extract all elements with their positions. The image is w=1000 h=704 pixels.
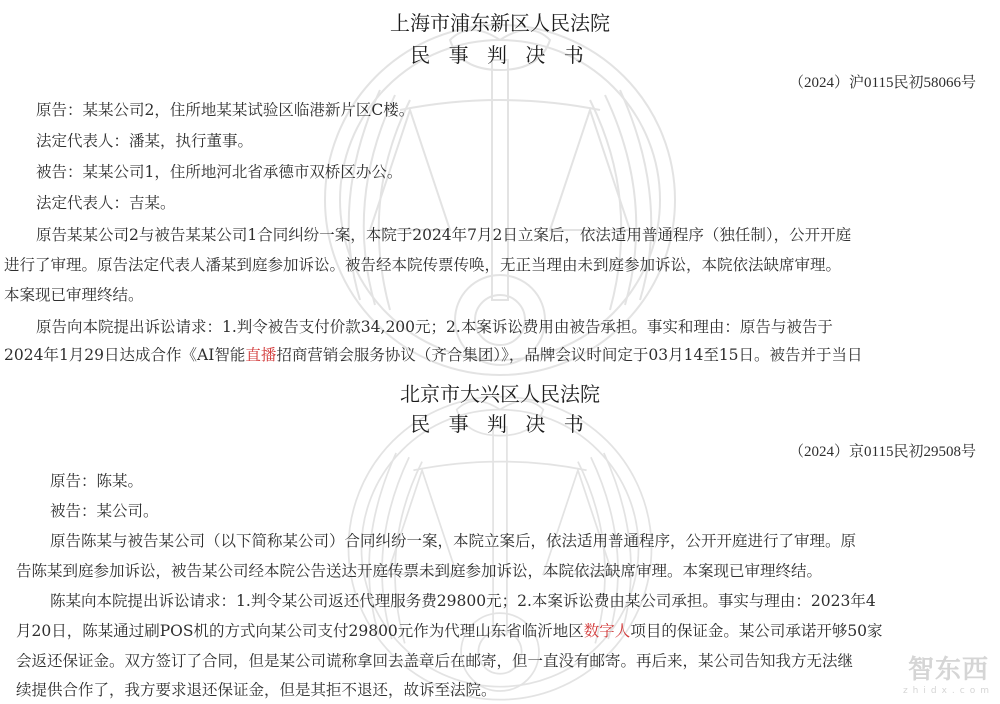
claims-line-1: 陈某向本院提出诉讼请求：1.判令某公司返还代理服务费29800元；2.本案诉讼费… [50, 591, 876, 611]
case-summary-line-3: 本案现已审理终结。 [4, 285, 144, 305]
case-summary-line-2: 告陈某到庭参加诉讼，被告某公司经本院公告送达开庭传票未到庭参加诉讼，本院依法缺席… [16, 561, 822, 581]
zhidx-watermark: 智东西 zhidx.com [903, 649, 994, 696]
case-number: （2024）京0115民初29508号 [789, 440, 976, 461]
highlight-livestream: 直播 [245, 346, 276, 364]
plaintiff-line: 原告：陈某。 [50, 471, 143, 491]
highlight-digital-human: 数字人 [584, 622, 631, 640]
defendant-line: 被告：某某公司1，住所地河北省承德市双桥区办公。 [36, 162, 402, 182]
defendant-line: 被告：某公司。 [50, 501, 159, 521]
case-number: （2024）沪0115民初58066号 [789, 71, 976, 92]
defendant-representative-line: 法定代表人：吉某。 [36, 193, 176, 213]
case-summary-line-1: 原告某某公司2与被告某某公司1合同纠纷一案，本院于2024年7月2日立案后，依法… [36, 225, 851, 245]
claims-line-3: 会返还保证金。双方签订了合同，但是某公司谎称拿回去盖章后在邮寄，但一直没有邮寄。… [16, 651, 853, 671]
claims-line-1: 原告向本院提出诉讼请求：1.判令被告支付价款34,200元；2.本案诉讼费用由被… [36, 317, 833, 337]
case-summary-line-1: 原告陈某与被告某公司（以下简称某公司）合同纠纷一案，本院立案后，依法适用普通程序… [50, 531, 856, 551]
claims-line-4: 续提供合作了，我方要求退还保证金，但是其拒不退还，故诉至法院。 [16, 680, 497, 700]
plaintiff-line: 原告：某某公司2，住所地某某试验区临港新片区C楼。 [36, 100, 414, 120]
claims-line-2: 月20日，陈某通过刷POS机的方式向某公司支付29800元作为代理山东省临沂地区… [16, 621, 883, 641]
claims-line-2-after: 招商营销会服务协议（齐合集团）》，品牌会议时间定于03月14至15日。被告并于当… [276, 346, 862, 364]
watermark-site: zhidx.com [903, 686, 994, 696]
watermark-logo: 智东西 [903, 649, 994, 686]
court-title: 北京市大兴区人民法院 [0, 378, 1000, 407]
document-type-heading: 民 事 判 决 书 [0, 408, 1000, 437]
claims-line-2-before: 月20日，陈某通过刷POS机的方式向某公司支付29800元作为代理山东省临沂地区 [16, 622, 584, 640]
plaintiff-representative-line: 法定代表人：潘某，执行董事。 [36, 131, 253, 151]
claims-line-2-before: 2024年1月29日达成合作《AI智能 [4, 346, 245, 364]
claims-line-2: 2024年1月29日达成合作《AI智能直播招商营销会服务协议（齐合集团）》，品牌… [4, 345, 863, 365]
document-type-heading: 民 事 判 决 书 [0, 39, 1000, 68]
court-title: 上海市浦东新区人民法院 [0, 7, 1000, 36]
case-summary-line-2: 进行了审理。原告法定代表人潘某到庭参加诉讼。被告经本院传票传唤，无正当理由未到庭… [4, 255, 841, 275]
claims-line-2-after: 项目的保证金。某公司承诺开够50家 [630, 622, 882, 640]
